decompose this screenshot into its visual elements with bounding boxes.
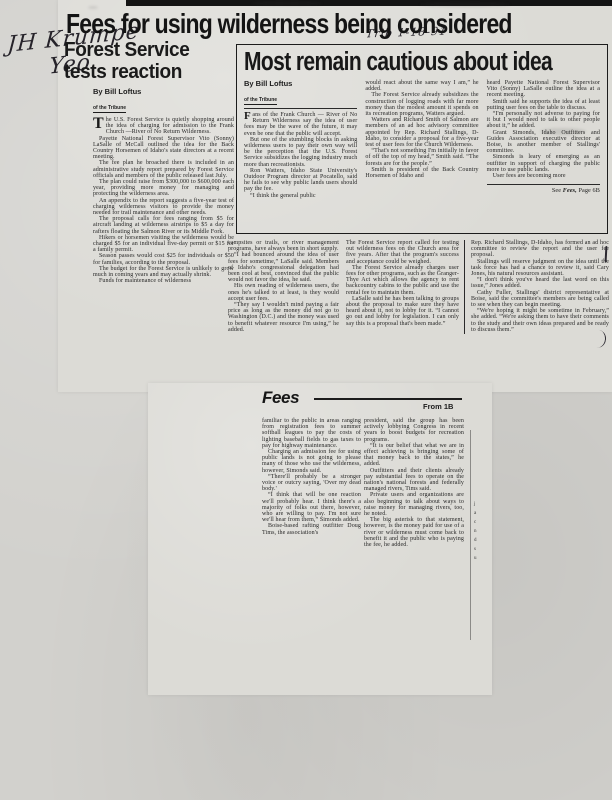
boxed-article-byline-block: By Bill Loftus of the Tribune <box>244 80 357 109</box>
masthead-rule <box>126 0 612 6</box>
paragraph: heard Payette National Forest Supervisor… <box>487 80 600 99</box>
paragraph: Smith said he supports the idea of at le… <box>487 99 600 111</box>
boxed-article-column-1-body: Fans of the Frank Church — River of No R… <box>244 112 357 199</box>
jump-section-column-1: familiar to the public in areas ranging … <box>262 418 361 536</box>
jump-reference-post: Page 6B <box>577 187 600 194</box>
paragraph: Private users and organizations are also… <box>364 492 464 517</box>
paragraph: a <box>474 509 482 518</box>
paragraph: “I think that will be one reaction we'll… <box>262 492 361 523</box>
jump-from-label: From 1B <box>423 402 453 411</box>
boxed-article-column-3: heard Payette National Forest Supervisor… <box>487 80 600 199</box>
scanned-newspaper-page: JH Krumpe Yeo Trib 1-18-91 Fees for usin… <box>0 0 612 800</box>
paragraph: j <box>474 500 482 509</box>
paragraph: The Forest Service already subsidizes th… <box>365 92 478 117</box>
paragraph: His own reading of wilderness users, the… <box>228 283 339 302</box>
paragraph: Boise-based rafting outfitter Doug Tims,… <box>262 523 361 535</box>
left-article: Forest Service tests reaction By Bill Lo… <box>64 40 235 284</box>
paragraph: familiar to the public in areas ranging … <box>262 418 361 449</box>
main-headline: Fees for using wilderness being consider… <box>66 8 612 40</box>
paragraph: Outfitters and their clients already pay… <box>364 468 464 493</box>
continuation-column-3: Rep. Richard Stallings, D-Idaho, has for… <box>471 240 609 333</box>
paragraph: s <box>474 545 482 554</box>
paragraph: LaSalle said he has been talking to grou… <box>346 296 459 327</box>
paragraph: The fee plan he broached there is includ… <box>93 160 234 179</box>
paragraph: The U.S. Forest Service is quietly shopp… <box>93 117 234 136</box>
paragraph: Hikers or horsemen visiting the wilderne… <box>93 235 234 254</box>
paragraph: campsites or trails, or river management… <box>228 240 339 252</box>
cut-off-text-fragments: jacndsu <box>474 500 482 563</box>
jump-section-column-2: president, said the group has been activ… <box>364 418 464 548</box>
paragraph: Payette National Forest Supervisor Vito … <box>93 136 234 161</box>
boxed-article: Most remain cautious about idea By Bill … <box>236 44 608 234</box>
byline: By Bill Loftus <box>244 80 357 88</box>
byline-org: of the Tribune <box>93 105 126 113</box>
boxed-article-headline: Most remain cautious about idea <box>244 48 603 77</box>
paragraph: “That's not something I'm initially in f… <box>365 148 478 167</box>
paragraph: “We're hoping it might be sometime in Fe… <box>471 308 609 333</box>
paragraph: Funds for maintenance of wilderness <box>93 278 234 284</box>
paragraph: Smith is president of the Back Country H… <box>365 167 478 179</box>
boxed-article-column-2-body: would react about the same way I am,” he… <box>365 80 478 179</box>
paragraph: Season passes would cost $25 for individ… <box>93 253 234 265</box>
continuation-column-2: The Forest Service report called for tes… <box>346 240 459 327</box>
continuation-column-1: campsites or trails, or river management… <box>228 240 339 333</box>
paragraph: Cathy Fuller, Stallings' district repres… <box>471 290 609 309</box>
paragraph: Stallings will reserve judgment on the i… <box>471 259 609 278</box>
paragraph: The plan could raise from $300,000 to $6… <box>93 179 234 198</box>
paragraph: The Forest Service report called for tes… <box>346 240 459 265</box>
boxed-article-columns: By Bill Loftus of the Tribune Fans of th… <box>244 80 600 199</box>
paragraph: d <box>474 536 482 545</box>
jump-reference-pre: See <box>552 187 563 194</box>
paragraph: An appendix to the report suggests a fiv… <box>93 198 234 217</box>
boxed-article-column-1: By Bill Loftus of the Tribune Fans of th… <box>244 80 357 199</box>
paragraph: “They say I wouldn't mind paying a fair … <box>228 302 339 333</box>
paragraph: “It is our belief that what we are in ef… <box>364 443 464 468</box>
left-article-body: The U.S. Forest Service is quietly shopp… <box>93 117 234 284</box>
paragraph: Watters and Richard Smith of Salmon are … <box>365 117 478 148</box>
paragraph: The proposal calls for fees ranging from… <box>93 216 234 235</box>
paragraph: president, said the group has been activ… <box>364 418 464 443</box>
scan-smudge <box>420 2 510 7</box>
paragraph: Ron Watters, Idaho State University's Ou… <box>244 168 357 193</box>
paragraph: The Forest Service already charges user … <box>346 265 459 296</box>
paragraph: But one of the stumbling blocks in askin… <box>244 137 357 168</box>
paragraph: Charging an admission fee for using publ… <box>262 449 361 474</box>
jump-reference-line: See Fees, Page 6B <box>487 184 600 194</box>
paragraph: The big asterisk to that statement, howe… <box>364 517 464 548</box>
paragraph: would react about the same way I am,” he… <box>365 80 478 92</box>
boxed-article-column-2: would react about the same way I am,” he… <box>365 80 478 199</box>
column-divider-rule <box>464 240 465 334</box>
paragraph: c <box>474 518 482 527</box>
paragraph: u <box>474 554 482 563</box>
paragraph: n <box>474 527 482 536</box>
jump-section-title: Fees <box>262 388 299 408</box>
paragraph: “I don't think you've heard the last wor… <box>471 277 609 289</box>
paragraph: Rep. Richard Stallings, D-Idaho, has for… <box>471 240 609 259</box>
jump-reference-name: Fees, <box>563 187 577 194</box>
scan-smudge <box>252 1 322 6</box>
paragraph: Simonds is leary of emerging as an outfi… <box>487 154 600 173</box>
paragraph: The budget for the Forest Service is unl… <box>93 266 234 278</box>
paragraph: “There'll probably be a stronger voice o… <box>262 474 361 493</box>
paragraph: Grant Simonds, Idaho Outfitters and Guid… <box>487 130 600 155</box>
paragraph: Fans of the Frank Church — River of No R… <box>244 112 357 137</box>
left-article-byline-block: By Bill Loftus of the Tribune <box>93 88 235 114</box>
paragraph: “I think the general public <box>244 193 357 199</box>
paragraph: “I'm personally not adverse to paying fo… <box>487 111 600 130</box>
byline: By Bill Loftus <box>93 88 235 96</box>
byline-org: of the Tribune <box>244 97 277 105</box>
paragraph: “I had bounced around the idea of user f… <box>228 252 339 283</box>
boxed-article-column-3-body: heard Payette National Forest Supervisor… <box>487 80 600 179</box>
jump-section-rule <box>314 398 462 400</box>
paragraph: User fees are becoming more <box>487 173 600 179</box>
clipping-edge-rule <box>470 430 471 640</box>
left-article-headline: Forest Service tests reaction <box>64 40 235 83</box>
